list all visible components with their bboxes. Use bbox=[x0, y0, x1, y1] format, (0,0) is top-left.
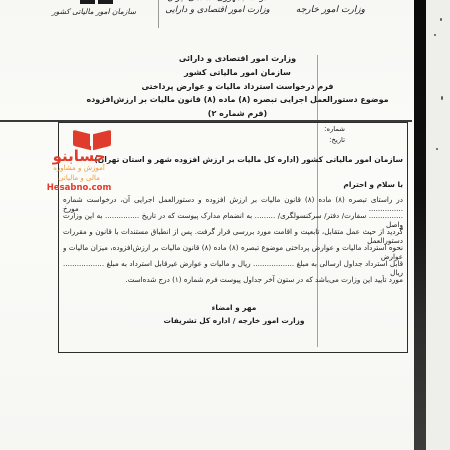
letterhead-tax-org: سازمان امور مالیاتی کشور bbox=[56, 0, 136, 16]
letterhead-economy-ministry: وزارت امور اقتصادی و دارایی bbox=[150, 5, 285, 15]
scan-speckle bbox=[436, 148, 438, 150]
form-title-block: وزارت امور اقتصادی و دارائی سازمان امور … bbox=[30, 52, 445, 121]
scan-speckle bbox=[440, 18, 442, 21]
hesabno-site-url: Hesabno.com bbox=[46, 183, 112, 193]
letterhead-government: دولت جمهوری اسلامی ایران bbox=[150, 0, 285, 3]
signature-seal-label: مهر و امضاء bbox=[129, 301, 339, 314]
signature-department: وزارت امور خارجه / اداره کل تشریفات bbox=[129, 314, 339, 327]
letter-body-line: مورد تأیید این وزارت می‌باشد که در ستون … bbox=[63, 275, 403, 284]
form-title-subject: موضوع دستورالعمل اجرایی تبصره (۸) ماده (… bbox=[30, 93, 445, 107]
hesabno-tagline-2: مالی و مالیاتی bbox=[46, 174, 112, 184]
letterhead-foreign-ministry: وزارت امور خارجه bbox=[296, 5, 365, 15]
letter-salutation: با سلام و احترام bbox=[343, 180, 403, 189]
scanned-letter-page: وزارت امور خارجه دولت جمهوری اسلامی ایرا… bbox=[0, 0, 450, 450]
letterhead-tax-org-name: سازمان امور مالیاتی کشور bbox=[56, 7, 136, 16]
hesabno-tagline-1: آموزش و مشاوره bbox=[46, 164, 112, 174]
form-title-org: سازمان امور مالیاتی کشور bbox=[30, 66, 445, 80]
hesabno-watermark: حسابنو آموزش و مشاوره مالی و مالیاتی Hes… bbox=[46, 124, 112, 193]
hesabno-book-icon bbox=[72, 124, 112, 148]
form-title-number: (فرم شماره ۲) bbox=[30, 107, 445, 121]
scan-speckle bbox=[434, 34, 436, 36]
letter-recipient: سازمان امور مالیاتی کشور (اداره کل مالیا… bbox=[63, 155, 403, 164]
signature-block: مهر و امضاء وزارت امور خارجه / اداره کل … bbox=[129, 301, 339, 327]
tax-org-logo-icon bbox=[56, 0, 136, 4]
letterhead-center: دولت جمهوری اسلامی ایران وزارت امور اقتص… bbox=[150, 0, 285, 15]
form-title-name: فرم درخواست استرداد مالیات و عوارض پرداخ… bbox=[30, 80, 445, 94]
hesabno-brand-name: حسابنو bbox=[46, 149, 112, 164]
form-title-ministry: وزارت امور اقتصادی و دارائی bbox=[30, 52, 445, 66]
